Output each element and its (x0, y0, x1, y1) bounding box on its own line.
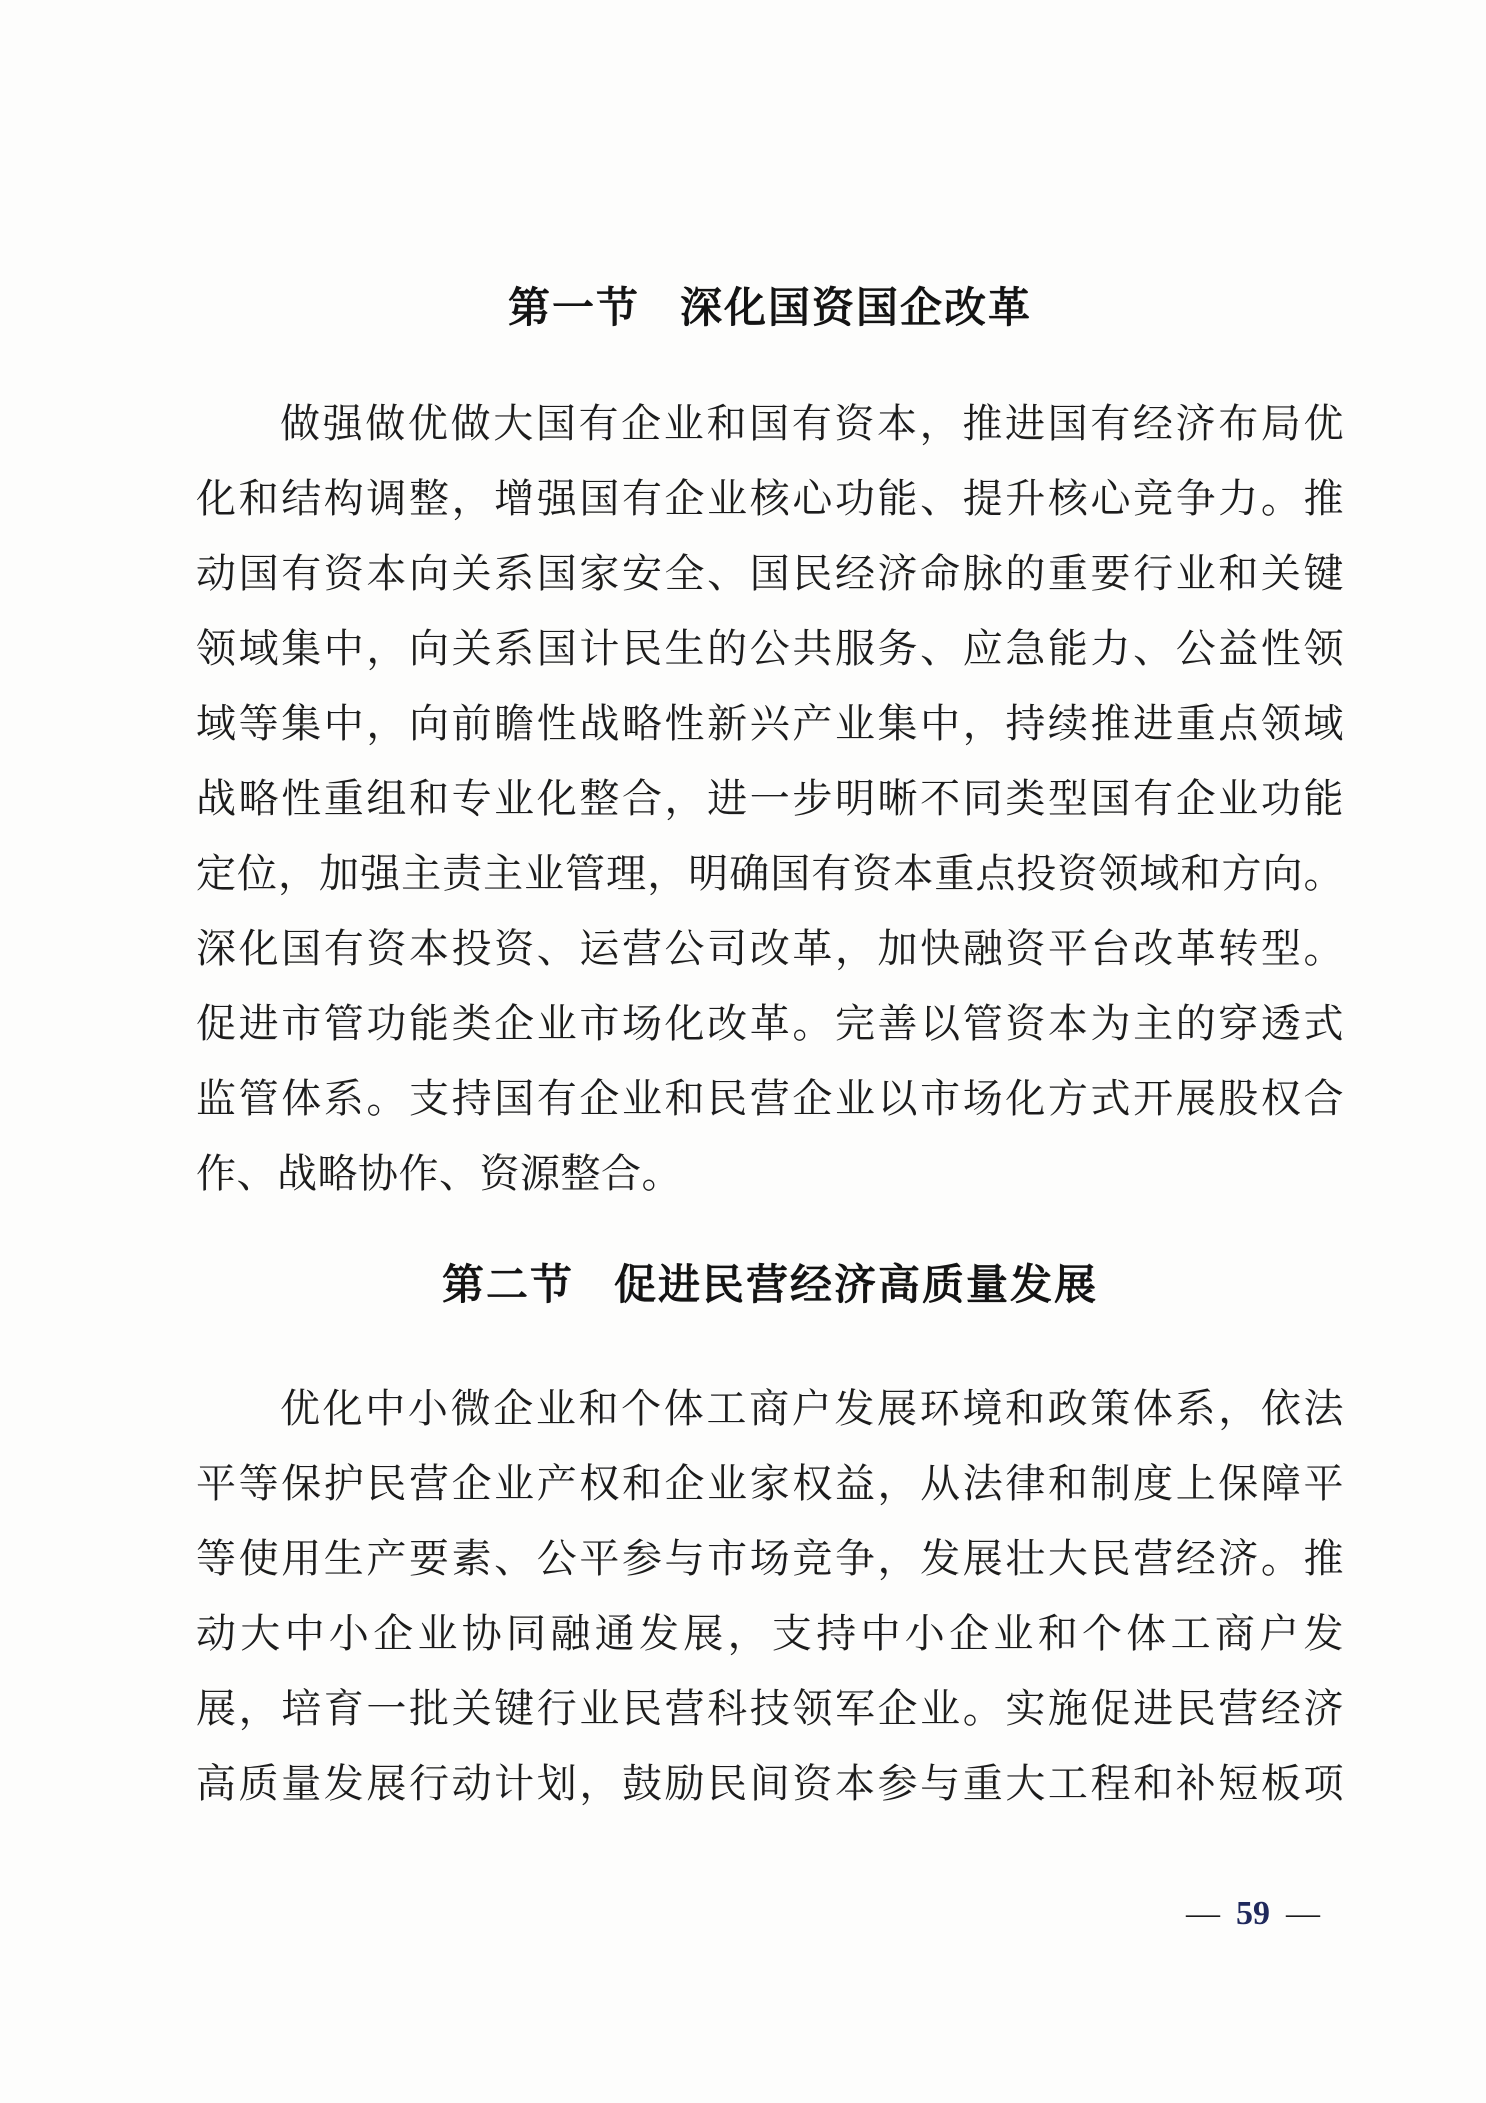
document-page: 第一节深化国资国企改革 做强做优做大国有企业和国有资本，推进国有经济布局优化和结… (0, 0, 1486, 2103)
text-line: 展，培育一批关键行业民营科技领军企业。实施促进民营经济 (196, 1671, 1344, 1746)
text-line: 促进市管功能类企业市场化改革。完善以管资本为主的穿透式 (196, 986, 1344, 1061)
section-2-heading: 第二节促进民营经济高质量发展 (196, 1261, 1344, 1309)
text-line: 等使用生产要素、公平参与市场竞争，发展壮大民营经济。推 (196, 1521, 1344, 1596)
text-line: 深化国有资本投资、运营公司改革，加快融资平台改革转型。 (196, 911, 1344, 986)
page-number: —59— (1186, 1894, 1320, 1934)
text-line: 做强做优做大国有企业和国有资本，推进国有经济布局优 (196, 386, 1344, 461)
text-line: 域等集中，向前瞻性战略性新兴产业集中，持续推进重点领域 (196, 686, 1344, 761)
text-line: 领域集中，向关系国计民生的公共服务、应急能力、公益性领 (196, 611, 1344, 686)
section-2-label: 第二节 (442, 1261, 574, 1308)
text-line: 动大中小企业协同融通发展，支持中小企业和个体工商户发 (196, 1596, 1344, 1671)
section-1-paragraph: 做强做优做大国有企业和国有资本，推进国有经济布局优化和结构调整，增强国有企业核心… (196, 386, 1344, 1211)
page-number-dash-left: — (1186, 1895, 1220, 1932)
text-line: 高质量发展行动计划，鼓励民间资本参与重大工程和补短板项 (196, 1746, 1344, 1821)
text-line: 动国有资本向关系国家安全、国民经济命脉的重要行业和关键 (196, 536, 1344, 611)
section-1-heading: 第一节深化国资国企改革 (196, 284, 1344, 332)
section-2-title: 促进民营经济高质量发展 (614, 1261, 1098, 1308)
section-1-title: 深化国资国企改革 (680, 284, 1032, 331)
page-content: 第一节深化国资国企改革 做强做优做大国有企业和国有资本，推进国有经济布局优化和结… (196, 0, 1344, 1821)
text-line: 战略性重组和专业化整合，进一步明晰不同类型国有企业功能 (196, 761, 1344, 836)
page-number-value: 59 (1236, 1895, 1270, 1932)
text-line: 优化中小微企业和个体工商户发展环境和政策体系，依法 (196, 1371, 1344, 1446)
text-line: 定位，加强主责主业管理，明确国有资本重点投资领域和方向。 (196, 836, 1344, 911)
section-1-label: 第一节 (508, 284, 640, 331)
section-2-paragraph: 优化中小微企业和个体工商户发展环境和政策体系，依法平等保护民营企业产权和企业家权… (196, 1371, 1344, 1821)
page-number-dash-right: — (1286, 1895, 1320, 1932)
text-line: 平等保护民营企业产权和企业家权益，从法律和制度上保障平 (196, 1446, 1344, 1521)
text-line: 作、战略协作、资源整合。 (196, 1136, 1344, 1211)
text-line: 监管体系。支持国有企业和民营企业以市场化方式开展股权合 (196, 1061, 1344, 1136)
text-line: 化和结构调整，增强国有企业核心功能、提升核心竞争力。推 (196, 461, 1344, 536)
